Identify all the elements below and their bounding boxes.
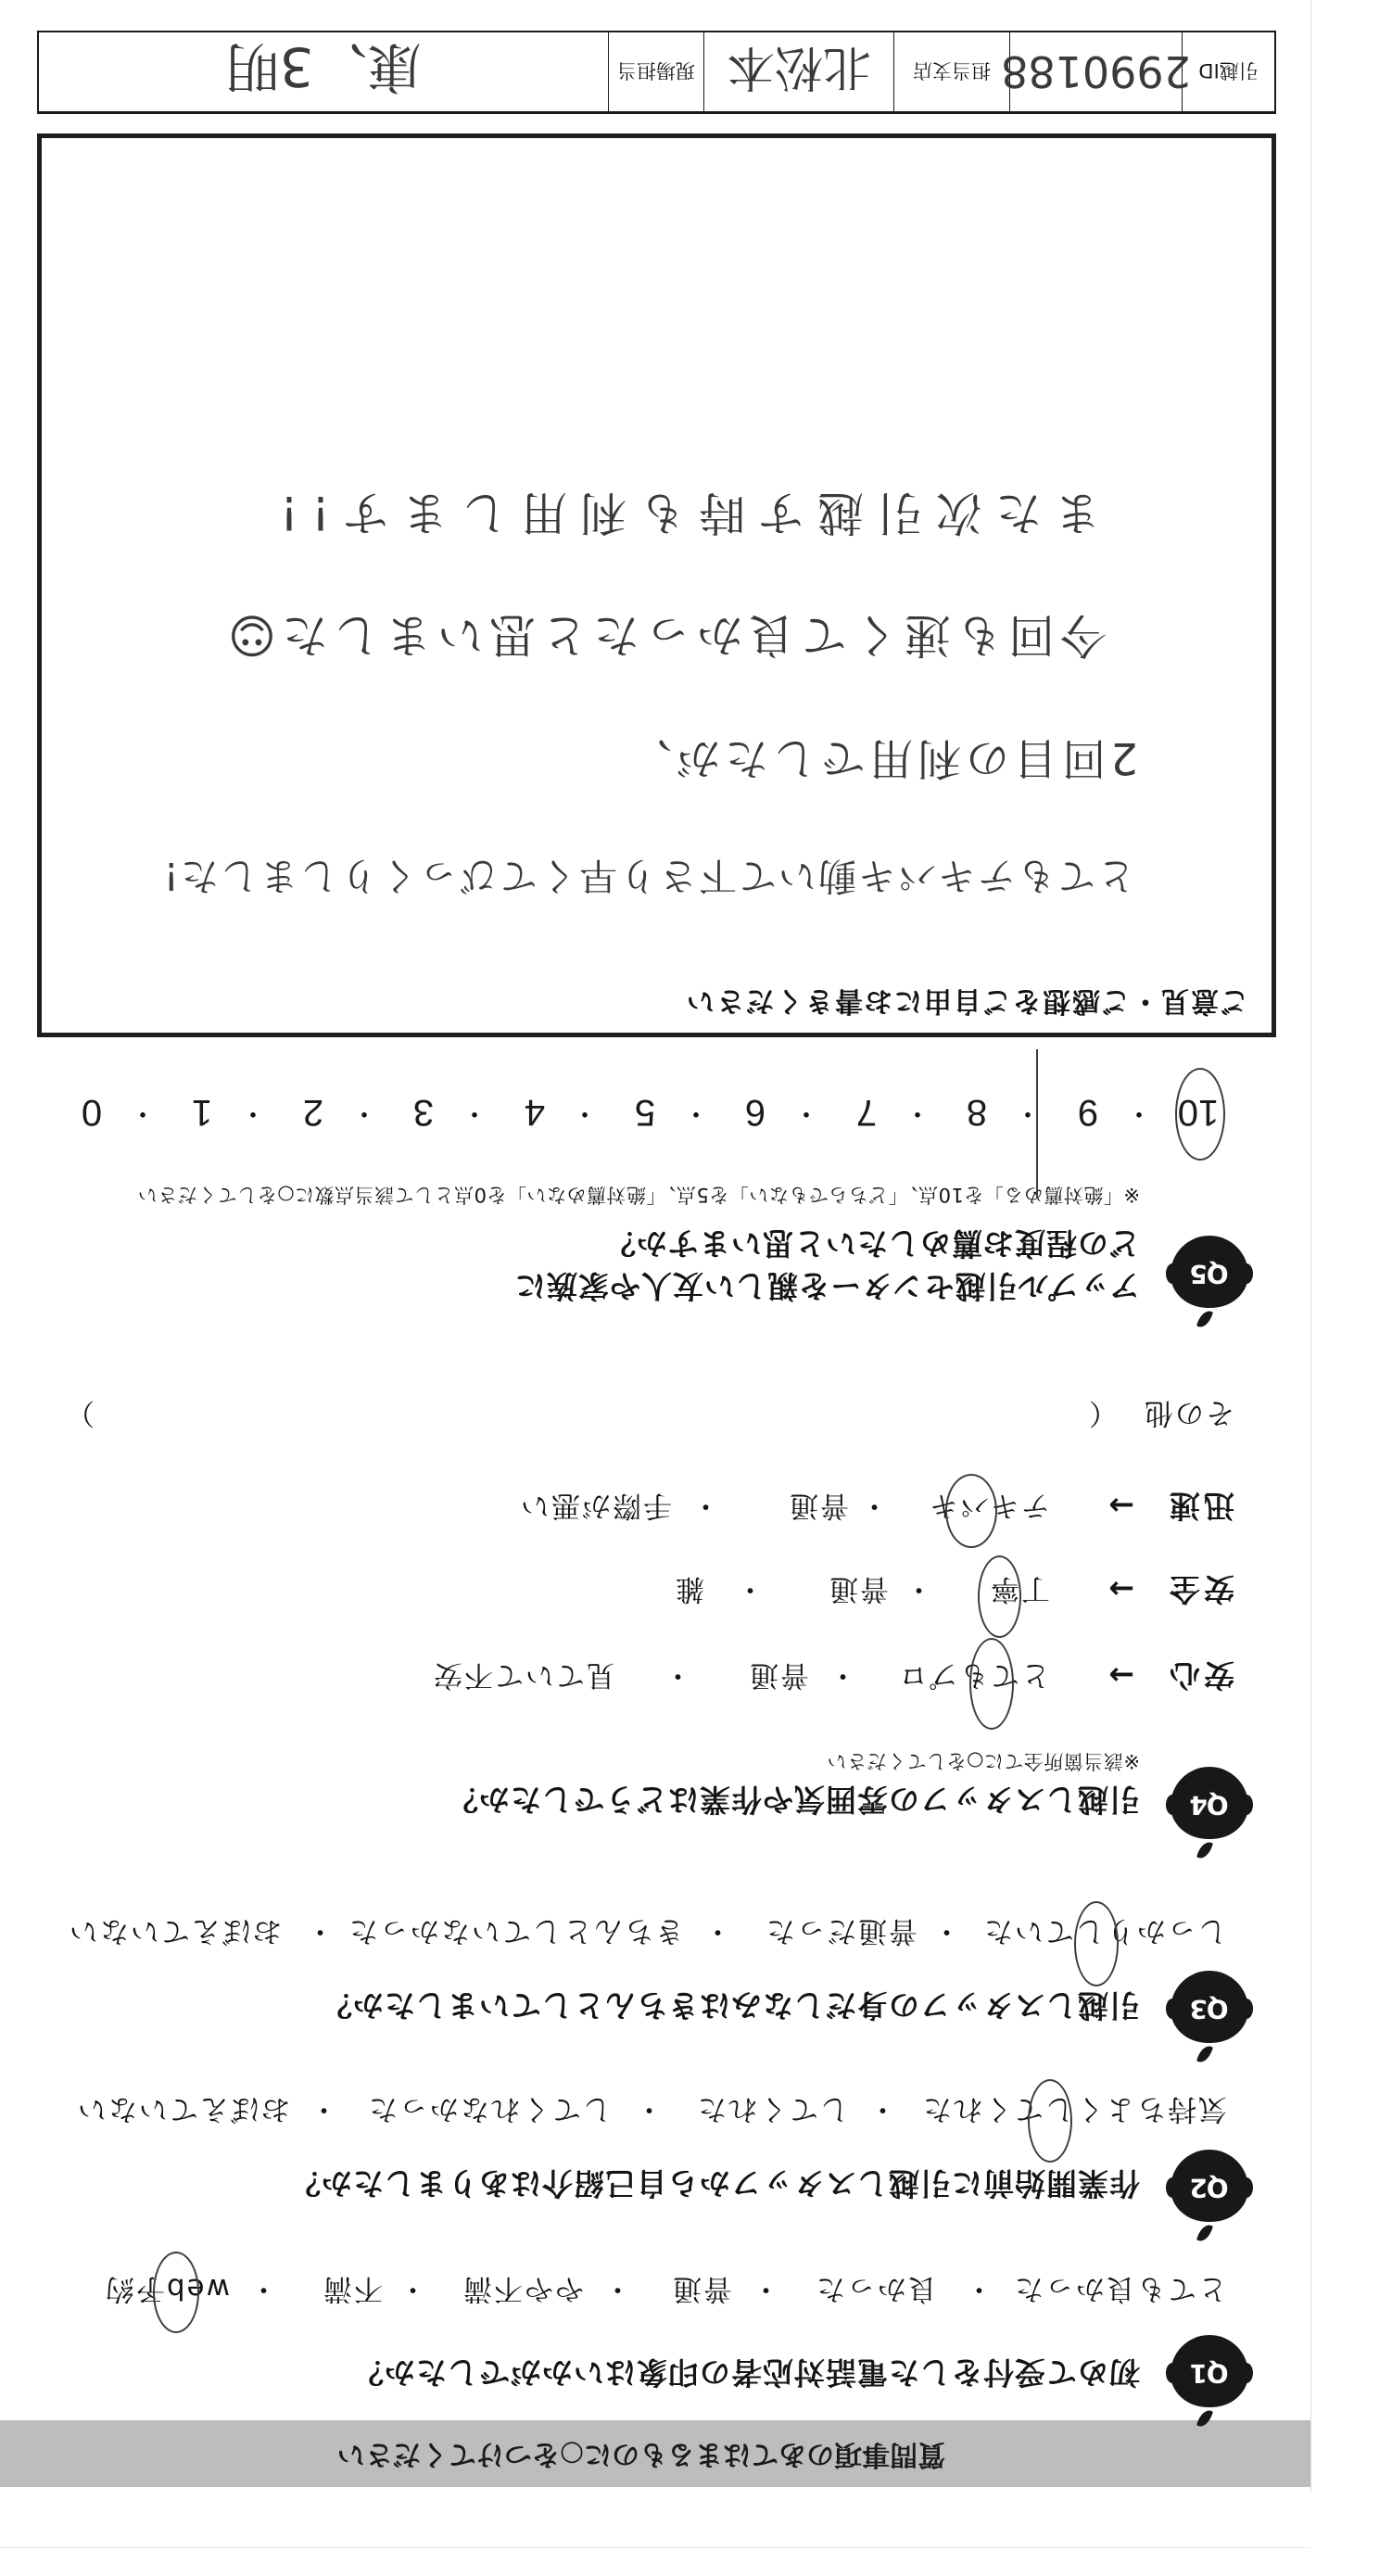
selection-circle (969, 1638, 1014, 1730)
staff-label-cell: 現場担当 (608, 32, 703, 111)
q4-note: ※該当箇所全てに○をしてください (827, 1749, 1140, 1773)
q4-option: 普通 (828, 1572, 889, 1605)
separator: ・ (603, 2272, 632, 2305)
q4-option: 手際が悪い (519, 1489, 672, 1522)
q4-option: 普通 (788, 1489, 849, 1522)
leaf-icon (1196, 2044, 1213, 2065)
branch-label: 担当支店 (913, 58, 991, 86)
q5-badge-label: Q5 (1171, 1259, 1248, 1289)
separator: ・ (905, 1572, 933, 1605)
q1-question: 初めて受付をした電話対応者の印象はいかがでしたか？ (352, 2354, 1140, 2391)
separator: ・ (1023, 1091, 1042, 1134)
handwritten-comment-line: また次引越す時も利用します!! (267, 485, 1101, 540)
score-1: 1 (174, 1091, 230, 1134)
staff-value-cell: 康、3明 (39, 32, 608, 111)
separator: ・ (248, 1091, 267, 1134)
q2-option-selected: 気持ちよくしてくれた (921, 2092, 1227, 2126)
q2-badge-label: Q2 (1171, 2173, 1248, 2203)
q1-badge-label: Q1 (1171, 2358, 1248, 2389)
q4-other-label: その他 (1143, 1396, 1234, 1429)
q4-badge-label: Q4 (1171, 1790, 1248, 1821)
move-id-label-cell: 引越ID (1182, 32, 1274, 111)
pen-stroke (1036, 1049, 1038, 1199)
q4-apple-badge: Q4 (1171, 1767, 1248, 1839)
leaf-icon (1196, 1309, 1213, 1330)
scan-edge-line (0, 2547, 1310, 2548)
separator: ・ (703, 1914, 732, 1948)
separator: ・ (306, 1914, 335, 1948)
selection-circle (153, 2252, 199, 2333)
leaf-icon (1196, 2223, 1213, 2244)
staff-value: 康、3明 (226, 33, 422, 111)
comment-box-label: ご意見・ご感想をご自由にお書きください (685, 984, 1248, 1016)
handwritten-comment-line: 今回も速くて良かったと思いました☺ (222, 607, 1107, 663)
q4-option: 雑 (674, 1572, 704, 1605)
branch-value-cell: 北松本 (703, 32, 893, 111)
selection-circle (945, 1474, 997, 1548)
q1-option: 不満 (322, 2272, 383, 2305)
move-id-label: 引越ID (1198, 58, 1258, 86)
score-9: 9 (1060, 1091, 1116, 1134)
separator: ・ (691, 1091, 710, 1134)
separator: ・ (580, 1091, 599, 1134)
score-2: 2 (285, 1091, 341, 1134)
survey-form-page: 質問事項のあてはまるものに○をつけてください Q1 初めて受付をした電話対応者の… (0, 0, 1392, 2576)
scan-edge-line (1310, 0, 1311, 2493)
separator: ・ (470, 1091, 488, 1134)
staff-label: 現場担当 (617, 58, 695, 86)
separator: ・ (664, 1658, 692, 1692)
separator: ・ (635, 2092, 664, 2126)
q1-option: 普通 (671, 2272, 732, 2305)
q4-row-label-reassurance: 安心 (1166, 1658, 1234, 1692)
instructions-text: 質問事項のあてはまるものに○をつけてください (337, 2438, 945, 2470)
q4-row-label-safety: 安全 (1166, 1572, 1234, 1605)
q2-option: してくれなかった (367, 2092, 612, 2126)
q1-option: やや不満 (462, 2272, 584, 2305)
move-id-value-cell: 2990188 (1009, 32, 1182, 111)
separator: ・ (802, 1091, 820, 1134)
separator: ・ (399, 2272, 427, 2305)
selection-circle (1175, 1068, 1225, 1161)
branch-value: 北松本 (727, 37, 871, 107)
q2-question: 作業開始前に引越しスタッフから自己紹介はありましたか？ (289, 2164, 1140, 2202)
separator: ・ (868, 2092, 897, 2126)
score-4: 4 (507, 1091, 563, 1134)
score-3: 3 (396, 1091, 451, 1134)
instructions-banner: 質問事項のあてはまるものに○をつけてください (0, 2420, 1310, 2487)
separator: ・ (138, 1091, 157, 1134)
handwritten-comment-line: 2回目の利用でしたが、 (624, 730, 1138, 785)
q4-option: 見ていて不安 (432, 1658, 615, 1692)
q1-option: 良かった (815, 2272, 937, 2305)
score-8: 8 (949, 1091, 1005, 1134)
q3-option: きちんとしていなかった (348, 1914, 684, 1948)
q5-question-line-1: アップル引越センターを親しい友人や家族に (514, 1267, 1140, 1304)
score-7: 7 (839, 1091, 894, 1134)
q3-badge-label: Q3 (1171, 1994, 1248, 2024)
q2-option: おぼえていない (76, 2092, 290, 2126)
separator: ・ (965, 2272, 993, 2305)
q2-apple-badge: Q2 (1171, 2150, 1248, 2222)
separator: ・ (736, 1572, 765, 1605)
separator: ・ (691, 1489, 720, 1522)
selection-circle (1074, 1901, 1119, 1986)
q4-other-open-paren: （ (1087, 1396, 1118, 1429)
q4-row-label-speed: 迅速 (1166, 1489, 1234, 1522)
arrow-right-icon: → (1108, 1658, 1134, 1692)
q4-other-close-paren: ） (64, 1396, 95, 1429)
score-0: 0 (64, 1091, 120, 1134)
separator: ・ (913, 1091, 931, 1134)
leaf-icon (1196, 1840, 1213, 1861)
q2-option: してくれた (696, 2092, 849, 2126)
separator: ・ (1134, 1091, 1153, 1134)
arrow-right-icon: → (1108, 1489, 1134, 1522)
score-6: 6 (728, 1091, 783, 1134)
q3-apple-badge: Q3 (1171, 1971, 1248, 2043)
separator: ・ (360, 1091, 378, 1134)
arrow-right-icon: → (1108, 1572, 1134, 1605)
q5-apple-badge: Q5 (1171, 1236, 1248, 1308)
separator: ・ (249, 2272, 278, 2305)
separator: ・ (860, 1489, 889, 1522)
q3-question: 引越しスタッフの身だしなみはきちんとしていましたか？ (321, 1986, 1140, 2024)
q5-question-line-2: どの程度お薦めしたいと思いますか？ (604, 1225, 1140, 1262)
q4-option: 普通 (748, 1658, 809, 1692)
separator: ・ (829, 1658, 857, 1692)
header-info-table: 引越ID 2990188 担当支店 北松本 現場担当 康、3明 (37, 31, 1276, 114)
q5-note: ※「絶対薦める」を10点、「どちらでもない」を5点、「絶対薦めない」を0点として… (137, 1183, 1140, 1207)
separator: ・ (752, 2272, 780, 2305)
selection-circle (978, 1555, 1021, 1638)
selection-circle (1028, 2079, 1072, 2163)
q1-apple-badge: Q1 (1171, 2335, 1248, 2407)
q3-option: おぼえていない (68, 1914, 282, 1948)
score-5: 5 (617, 1091, 673, 1134)
q4-question: 引越しスタッフの雰囲気や作業はどうでしたか？ (447, 1781, 1140, 1818)
separator: ・ (932, 1914, 961, 1948)
branch-label-cell: 担当支店 (893, 32, 1009, 111)
q1-option: とても良かった (1013, 2272, 1227, 2305)
move-id-value: 2990188 (1001, 47, 1191, 97)
handwritten-comment-line: とてもテキパキ動いて下さり早くてびっくりしました! (162, 848, 1135, 904)
q3-option: 普通だった (765, 1914, 917, 1948)
separator: ・ (310, 2092, 338, 2126)
